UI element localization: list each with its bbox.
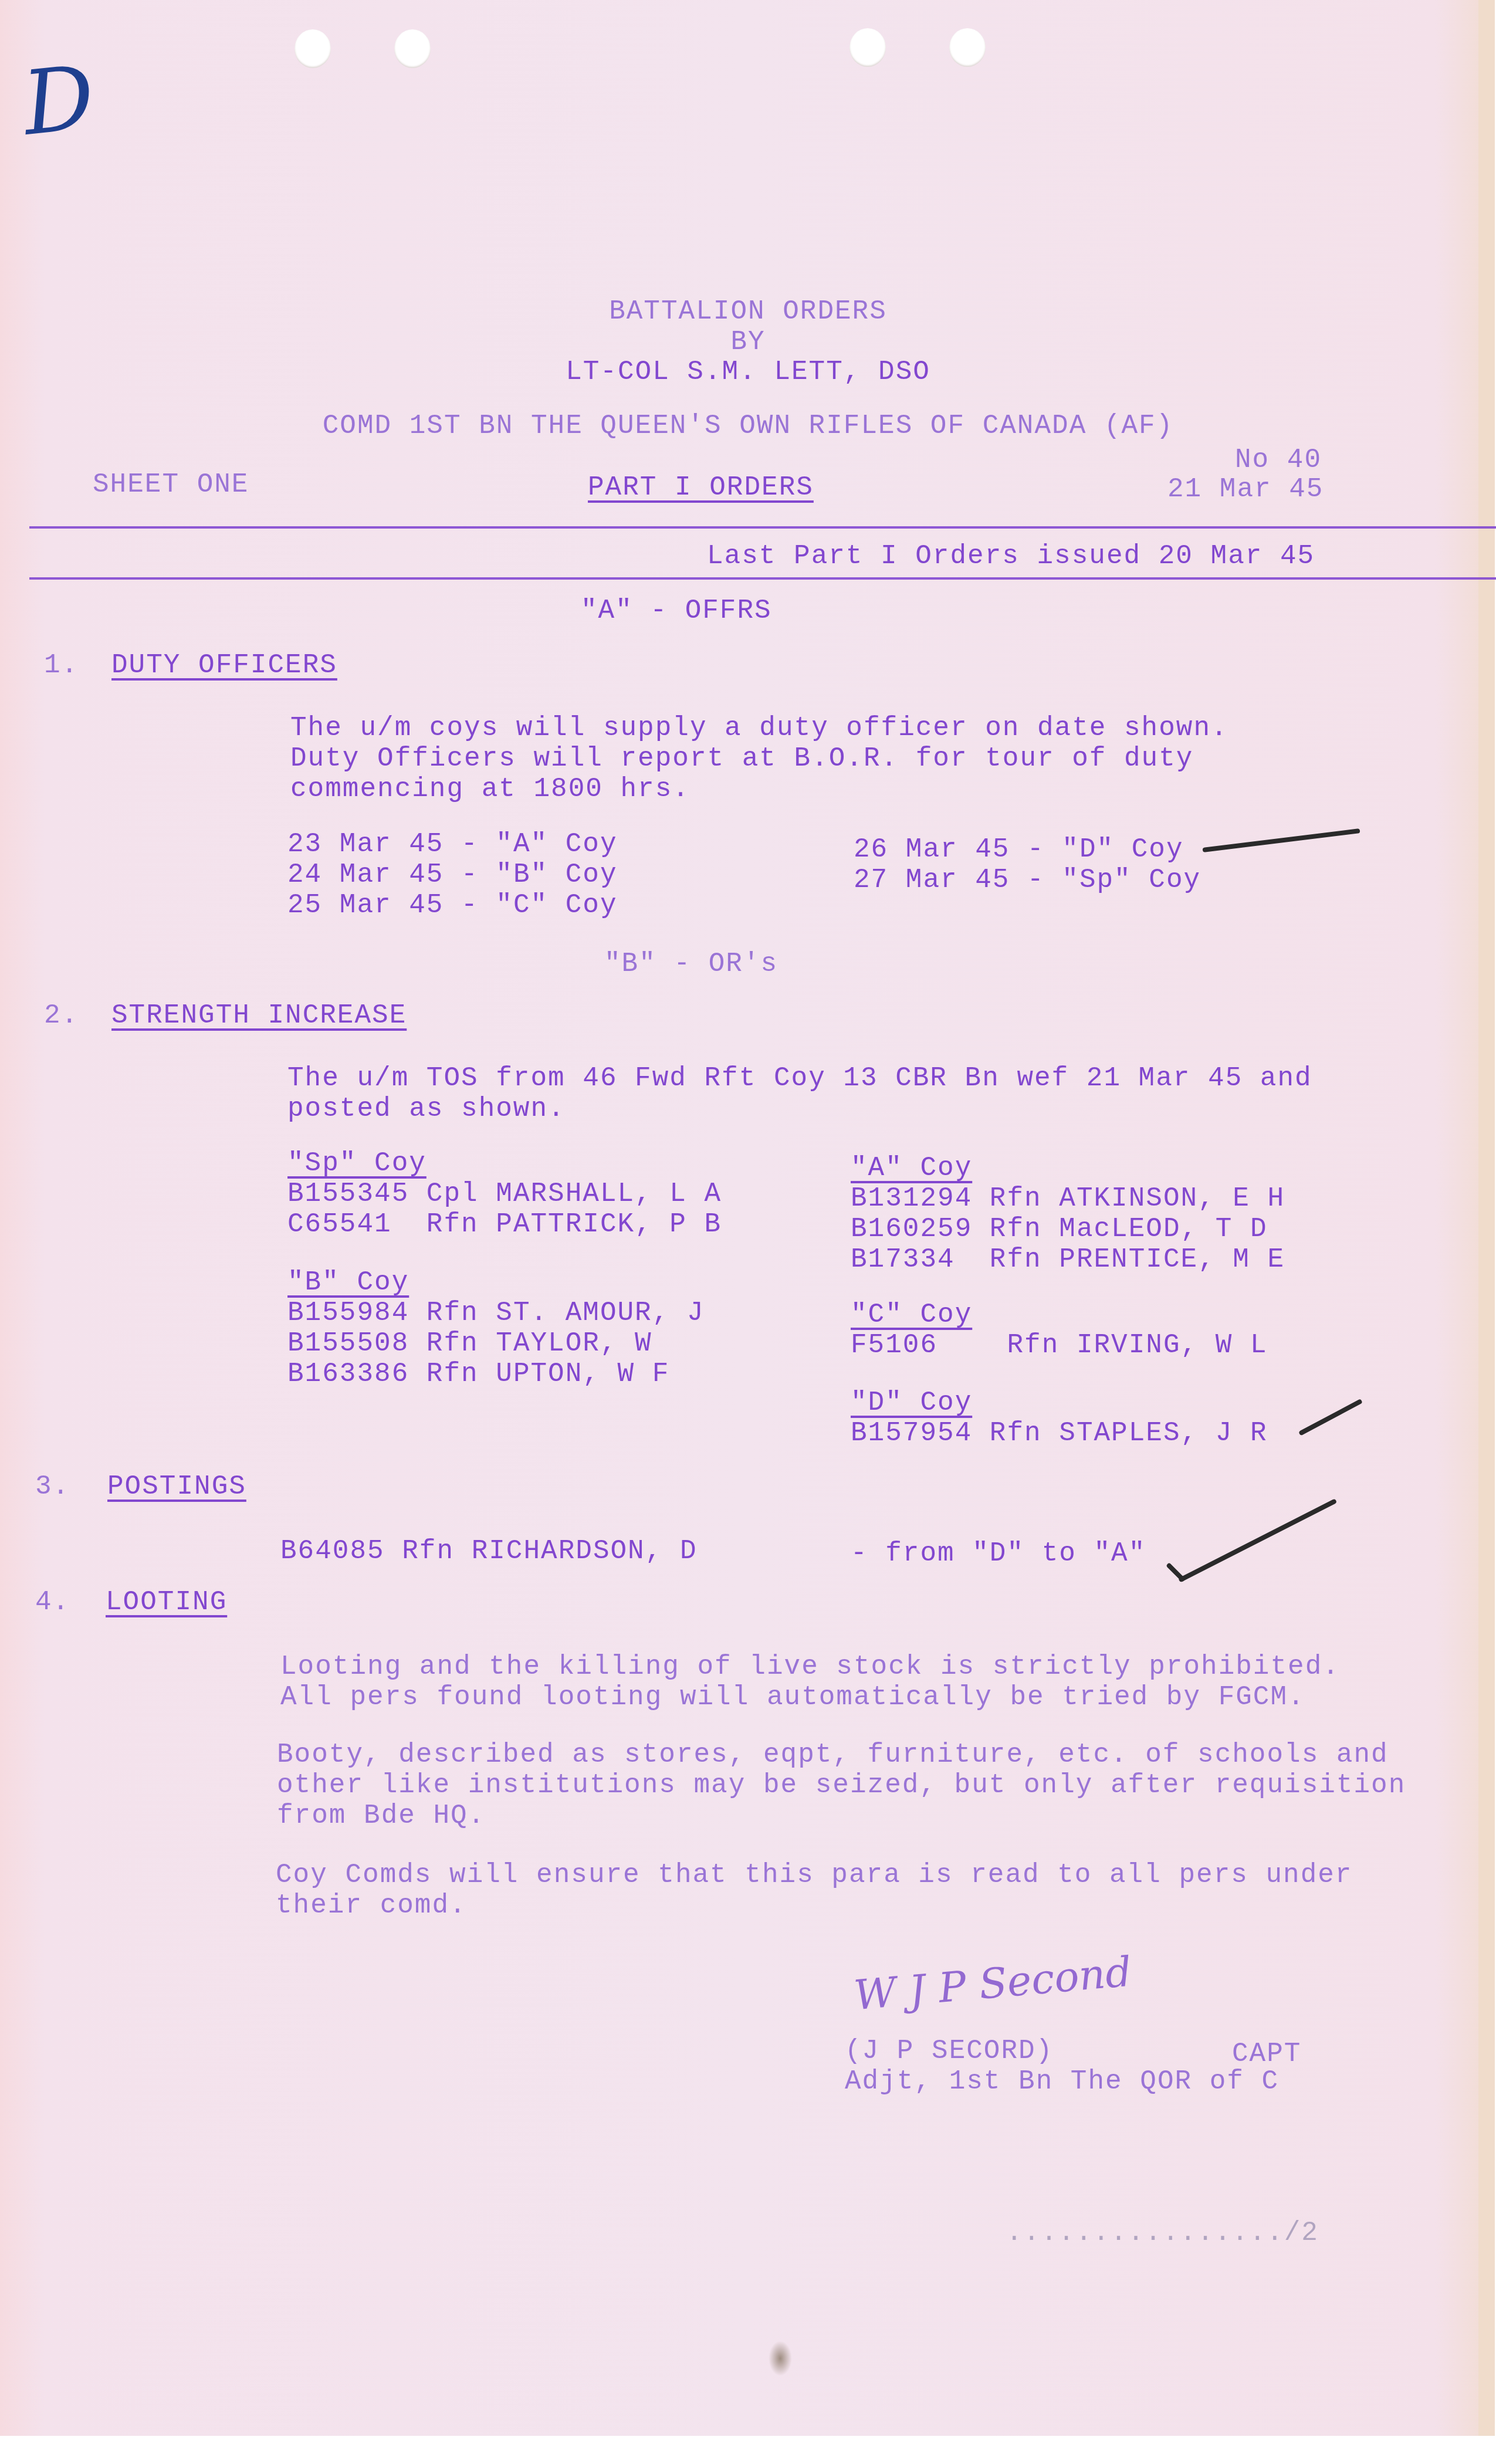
punch-hole xyxy=(849,28,886,67)
duty-text-line: The u/m coys will supply a duty officer … xyxy=(290,713,1228,743)
personnel-row: B155345 Cpl MARSHALL, L A xyxy=(287,1179,722,1209)
commander-line: LT-COL S.M. LETT, DSO xyxy=(0,357,1496,387)
posting-entry: B64085 Rfn RICHARDSON, D xyxy=(280,1536,698,1566)
signatory-appointment: Adjt, 1st Bn The QOR of C xyxy=(845,2066,1279,2097)
handwritten-corner-mark: D xyxy=(18,46,99,155)
looting-text-line: Coy Comds will ensure that this para is … xyxy=(276,1860,1352,1890)
personnel-row: B163386 Rfn UPTON, W F xyxy=(287,1359,669,1389)
sheet-label: SHEET ONE xyxy=(93,469,249,500)
section-a-heading: "A" - OFFRS xyxy=(581,595,772,626)
part-label: PART I ORDERS xyxy=(588,472,814,503)
para-number: 4. xyxy=(35,1587,70,1617)
para-title-postings: POSTINGS xyxy=(107,1471,246,1502)
looting-text-line: from Bde HQ. xyxy=(277,1800,485,1831)
personnel-row: F5106 Rfn IRVING, W L xyxy=(851,1330,1268,1360)
para-number: 3. xyxy=(35,1471,70,1502)
order-date: 21 Mar 45 xyxy=(1167,474,1324,505)
document-title: BATTALION ORDERS xyxy=(0,296,1496,327)
punch-hole xyxy=(949,28,986,67)
punch-hole xyxy=(295,29,331,68)
coy-heading: "Sp" Coy xyxy=(287,1148,427,1179)
unit-line: COMD 1ST BN THE QUEEN'S OWN RIFLES OF CA… xyxy=(0,411,1496,441)
paper-stain xyxy=(769,2341,792,2376)
coy-heading: "C" Coy xyxy=(851,1299,972,1330)
duty-text-line: commencing at 1800 hrs. xyxy=(290,774,690,804)
title-by: BY xyxy=(0,327,1496,357)
section-b-heading: "B" - OR's xyxy=(604,949,778,979)
last-orders-line: Last Part I Orders issued 20 Mar 45 xyxy=(707,541,1315,571)
posting-move: - from "D" to "A" xyxy=(851,1538,1146,1569)
para-title-duty-officers: DUTY OFFICERS xyxy=(111,650,337,681)
strength-text-line: posted as shown. xyxy=(287,1094,566,1124)
personnel-row: B160259 Rfn MacLEOD, T D xyxy=(851,1214,1268,1244)
signatory-rank: CAPT xyxy=(1232,2039,1301,2069)
personnel-row: B155984 Rfn ST. AMOUR, J xyxy=(287,1298,705,1328)
duty-text-line: Duty Officers will report at B.O.R. for … xyxy=(290,743,1193,774)
personnel-row: B17334 Rfn PRENTICE, M E xyxy=(851,1244,1285,1275)
looting-text-line: other like institutions may be seized, b… xyxy=(277,1770,1406,1800)
personnel-row: B157954 Rfn STAPLES, J R xyxy=(851,1418,1268,1448)
divider-bottom xyxy=(29,577,1496,580)
para-title-looting: LOOTING xyxy=(106,1587,227,1617)
para-title-strength-increase: STRENGTH INCREASE xyxy=(111,1000,407,1031)
coy-heading: "B" Coy xyxy=(287,1267,409,1298)
personnel-row: B131294 Rfn ATKINSON, E H xyxy=(851,1183,1285,1214)
divider-top xyxy=(29,526,1496,529)
personnel-row: C65541 Rfn PATTRICK, P B xyxy=(287,1209,722,1240)
continuation-marker: ................/2 xyxy=(1006,2218,1319,2248)
roster-entry: 27 Mar 45 - "Sp" Coy xyxy=(854,865,1201,895)
punch-hole xyxy=(394,29,431,68)
roster-entry: 25 Mar 45 - "C" Coy xyxy=(287,890,618,920)
coy-heading: "D" Coy xyxy=(851,1387,972,1418)
looting-text-line: Booty, described as stores, eqpt, furnit… xyxy=(277,1739,1389,1770)
coy-heading: "A" Coy xyxy=(851,1153,972,1183)
looting-text-line: their comd. xyxy=(276,1890,467,1921)
roster-entry: 23 Mar 45 - "A" Coy xyxy=(287,829,618,859)
looting-text-line: Looting and the killing of live stock is… xyxy=(280,1651,1340,1682)
signatory-name: (J P SECORD) xyxy=(845,2036,1053,2066)
roster-entry: 26 Mar 45 - "D" Coy xyxy=(854,834,1184,865)
para-number: 1. xyxy=(44,650,79,681)
personnel-row: B155508 Rfn TAYLOR, W xyxy=(287,1328,652,1359)
para-number: 2. xyxy=(44,1000,79,1031)
looting-text-line: All pers found looting will automaticall… xyxy=(280,1682,1305,1712)
order-number: No 40 xyxy=(1235,445,1322,475)
strength-text-line: The u/m TOS from 46 Fwd Rft Coy 13 CBR B… xyxy=(287,1063,1312,1094)
roster-entry: 24 Mar 45 - "B" Coy xyxy=(287,859,618,890)
